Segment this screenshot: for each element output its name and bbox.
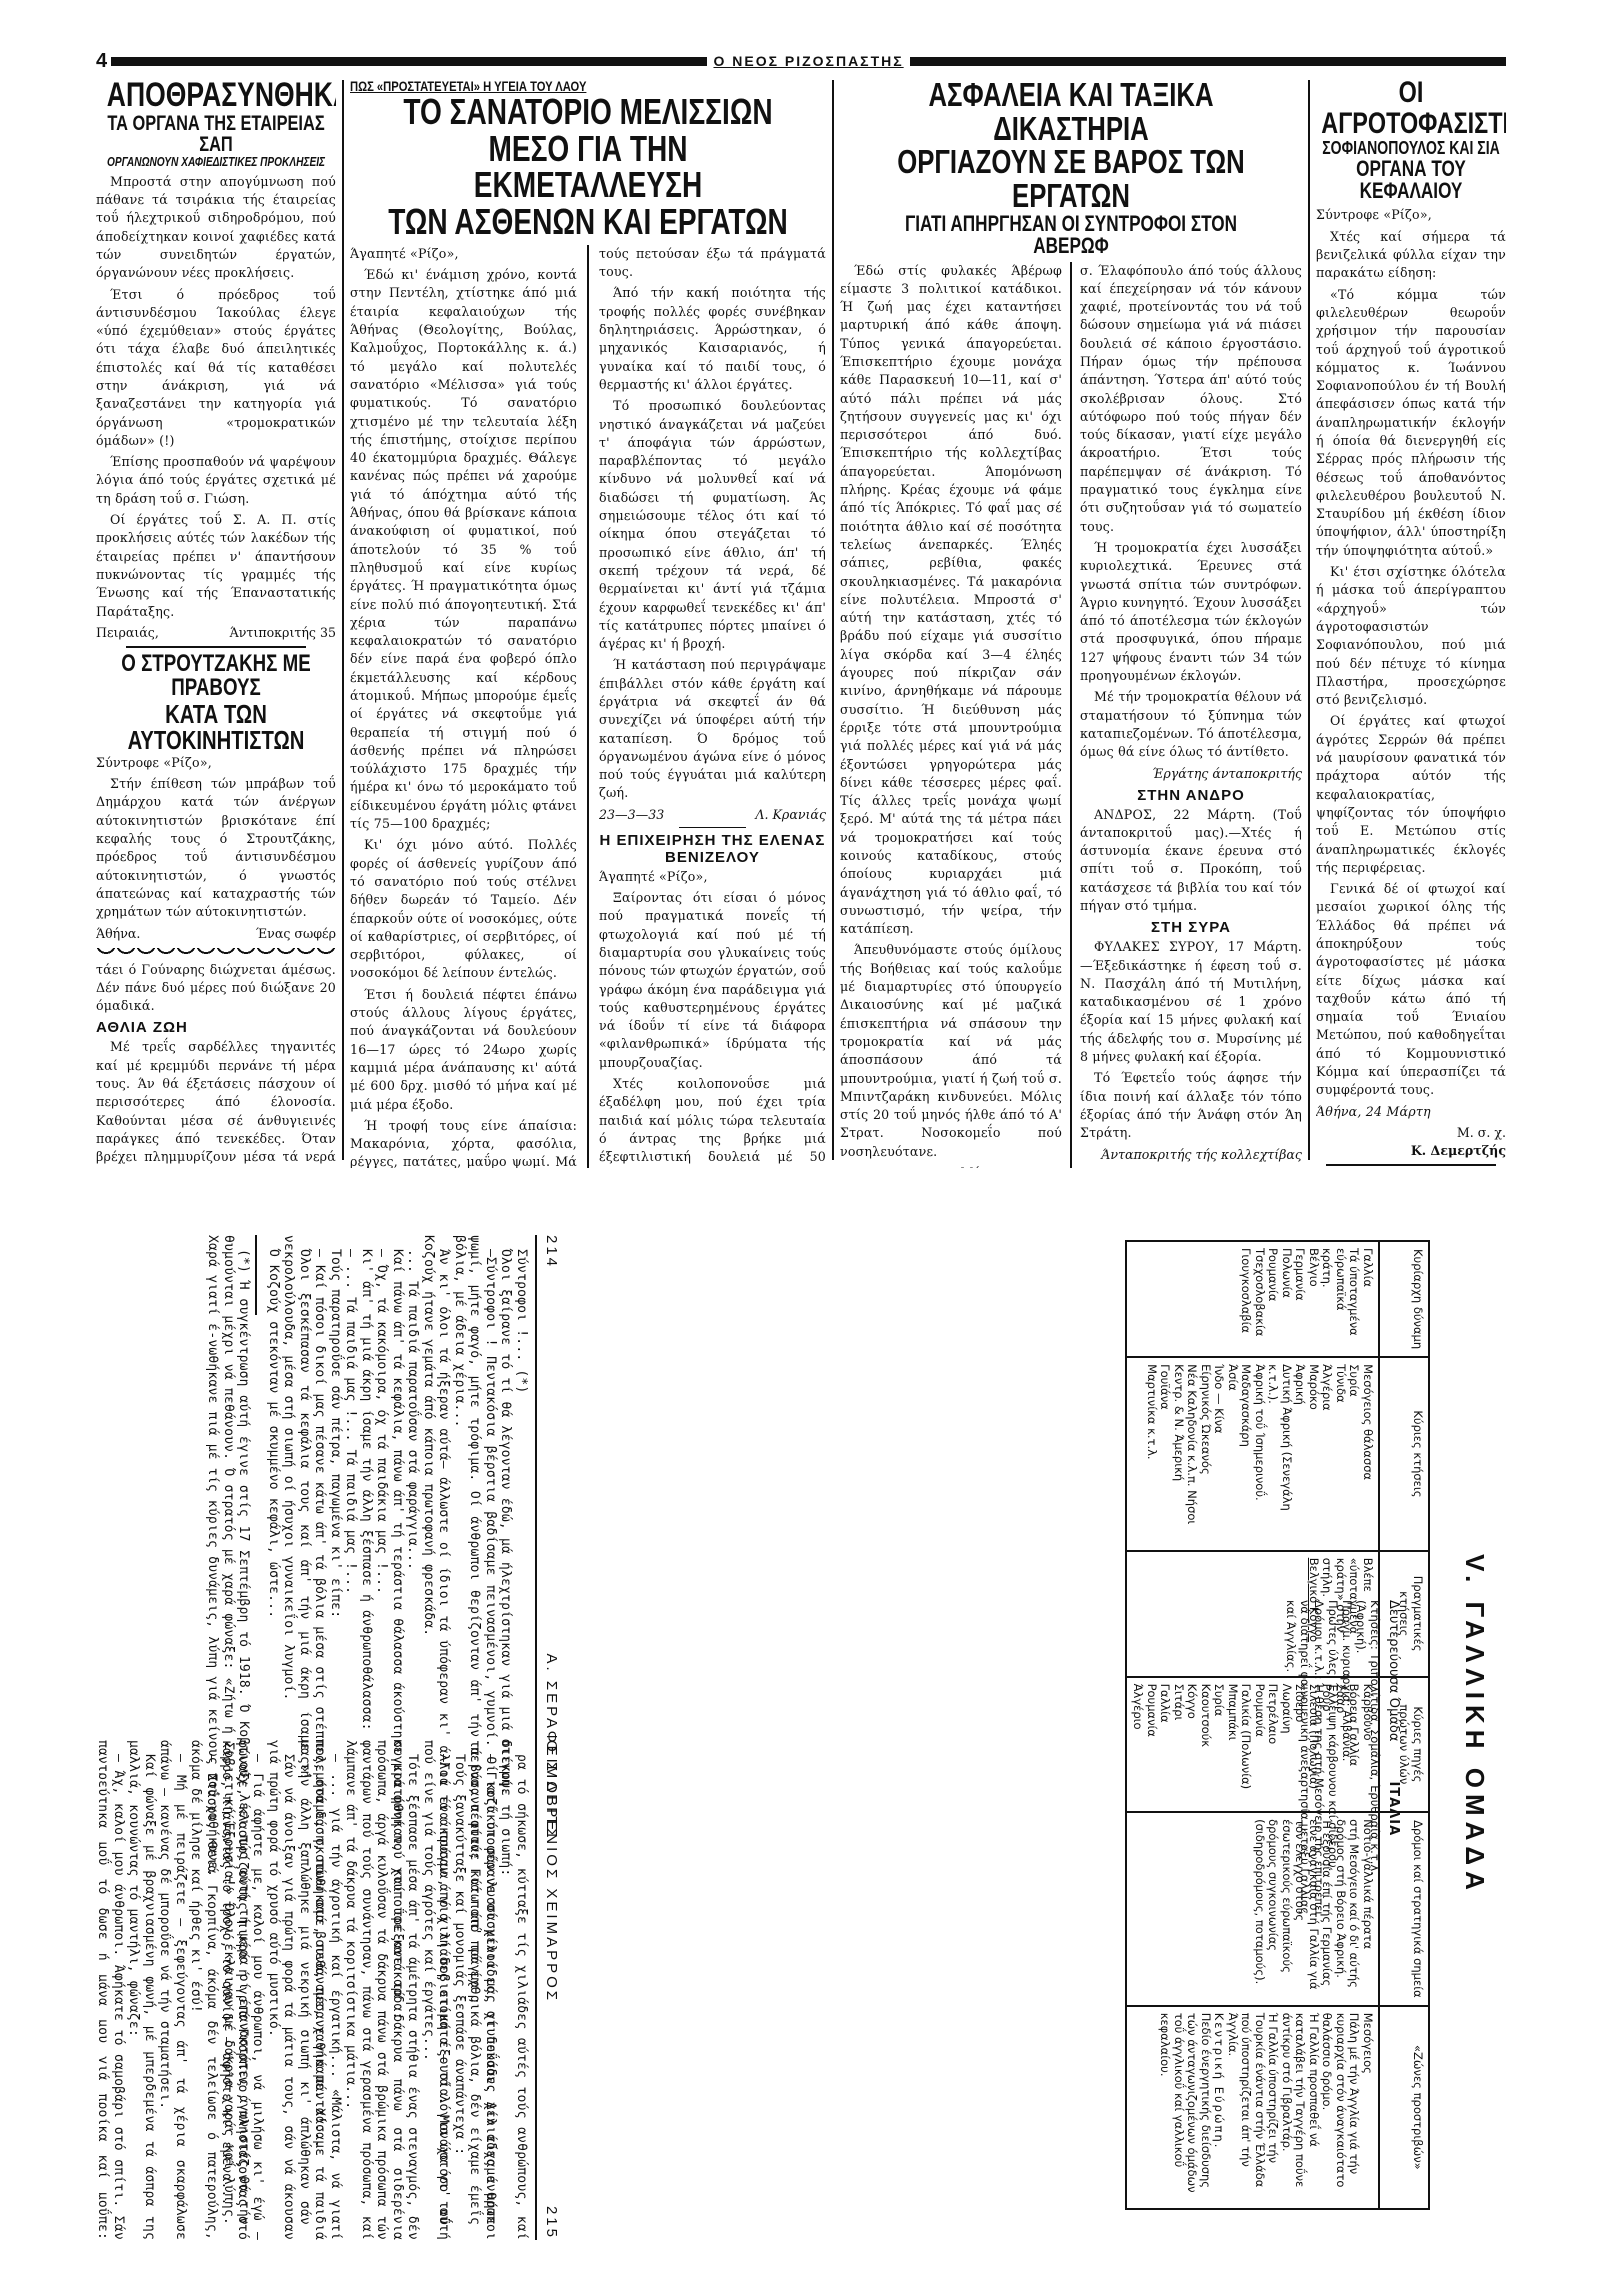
section-heading: ΣΤΗ ΣΥΡΑ bbox=[1080, 919, 1302, 936]
paragraph: Γενικά δέ οί φτωχοί καί μεσαίοι χωρικοί … bbox=[1316, 880, 1506, 1100]
table-title: V. ΓΑΛΛΙΚΗ ΟΜΑΔΑ bbox=[1459, 1240, 1490, 2210]
paragraph: Χτές κοιλοπονοΰσε μιά έξαδέλφη μου, πού … bbox=[599, 1075, 826, 1168]
cell-power: Γαλλία Τά ύποταγμένα εύρωπαϊκά κράτη. Βέ… bbox=[1126, 1241, 1379, 1357]
paragraph: Έδώ στίς φυλακές Άβέρωφ είμαστε 3 πολιτι… bbox=[840, 262, 1062, 939]
article-column-right: τούς πετούσαν έξω τά πράγματά τους. Άπό … bbox=[599, 245, 826, 1168]
closing: Μ. σ. χ. bbox=[1316, 1124, 1506, 1142]
cell-line: Μαρόκο bbox=[1307, 1364, 1321, 1544]
cell-line: Πεδίο ένεργητικής διείσδυσης τών άνταγων… bbox=[1158, 2013, 1212, 2202]
sanatorium-article: ΠΩΣ «ΠΡΟΣΤΑΤΕΥΕΤΑΙ» Η ΥΓΕΙΑ ΤΟΥ ΛΑΟΥ ΤΟ … bbox=[350, 78, 826, 1168]
cell-line: Ή Γαλλία ύποστηρίζει τήν Τουρκία ένάντια… bbox=[1226, 2013, 1280, 2202]
cell-friction-zones: Μεσόγειος Πάλη μέ τήν Άγγλία γιά τήν κυρ… bbox=[1126, 2006, 1379, 2209]
headline: ΑΠΟΘΡΑΣΥΝΘΗΚΑΝ bbox=[107, 78, 325, 113]
group-label: Δευτερεύουσα Όμάδα bbox=[1386, 1600, 1400, 1741]
section-heading: ΑΘΛΙΑ ΖΩΗ bbox=[96, 1019, 336, 1036]
averof-article: ΑΣΦΑΛΕΙΑ ΚΑΙ ΤΑΞΙΚΑ ΔΙΚΑΣΤΗΡΙΑ ΟΡΓΙΑΖΟΥΝ… bbox=[840, 78, 1302, 1168]
wavy-divider bbox=[96, 948, 336, 956]
cell-line: Γιουγκοσλαβία bbox=[1239, 1248, 1253, 1350]
cell-line: Ρουμανία bbox=[1145, 1684, 1159, 1806]
place: Άθήνα. bbox=[96, 925, 140, 943]
paragraph: Καί φώναξε μέ βραχνιασμένη φωνή, μέ μπερ… bbox=[126, 1740, 157, 2240]
masthead: 4 Ο ΝΕΟΣ ΡΙΖΟΣΠΑΣΤΗΣ bbox=[96, 50, 1506, 72]
subheadline: ΓΙΑΤΙ ΑΠΗΡΓΗΣΑΝ ΟΙ ΣΥΝΤΡΟΦΟΙ ΣΤΟΝ ΑΒΕΡΩΦ bbox=[875, 213, 1267, 258]
paragraph: Κι' έτσι σχίστηκε όλότελα ή μάσκα τοΰ άπ… bbox=[1316, 563, 1506, 709]
paragraph: Στήν έπίθεση τών μπράβων τοΰ Δημάρχου κα… bbox=[96, 775, 336, 921]
cell-line: Μεσόγειος bbox=[1361, 2013, 1375, 2202]
signature: Άθήνα.Ένας σωφέρ bbox=[96, 925, 336, 943]
cell-line: Ρουμανία bbox=[1266, 1248, 1280, 1350]
paragraph: Άπευθυνόμαστε στούς όμίλους τής Βοήθειας… bbox=[840, 941, 1062, 1161]
cell-line: Είρηνικός Ώκεανός bbox=[1199, 1364, 1213, 1544]
column-divider bbox=[832, 80, 834, 1160]
cell-possessions: Μεσόγειος θάλασσα Συρία Τύνιδα Άλγέρια Μ… bbox=[1126, 1357, 1379, 1551]
headline: ΤΩΝ ΑΣΘΕΝΩΝ ΚΑΙ ΕΡΓΑΤΩΝ bbox=[387, 204, 789, 241]
column-divider bbox=[1070, 262, 1072, 1169]
cell-line: Πάλη μέ τήν Άγγλία γιά τήν κυριαρχία στό… bbox=[1320, 2013, 1361, 2202]
headline: ΜΕΣΟ ΓΙΑ ΤΗΝ ΕΚΜΕΤΑΛΛΕΥΣΗ bbox=[387, 131, 789, 204]
paragraph: Έδώ κι' ένάμιση χρόνο, κοντά στην Πεντέλ… bbox=[350, 266, 577, 833]
column-header: Κυρίαρχη δύναμη bbox=[1379, 1241, 1429, 1357]
paragraph: Τό προσωπικό δουλεύοντας νηστικό άναγκάζ… bbox=[599, 397, 826, 653]
cell-line: Πολωνία bbox=[1280, 1248, 1294, 1350]
paragraph: — Άχ, καλοί μου άνθρωποι. Άφήκατε τό σαμ… bbox=[99, 1740, 126, 2240]
paragraph: Σάν νά άνοιξαν γιά πρώτη φορά τά μάτια τ… bbox=[266, 1740, 297, 2240]
cell-line: Γουϊάνα bbox=[1158, 1364, 1172, 1544]
column-1-article: ΑΠΟΘΡΑΣΥΝΘΗΚΑΝ ΤΑ ΟΡΓΑΝΑ ΤΗΣ ΕΤΑΙΡΕΙΑΣ Σ… bbox=[96, 78, 336, 1168]
book-title: Ο ΣΙΔΕΡΕΝΙΟΣ ΧΕΙΜΑΡΡΟΣ bbox=[543, 1740, 560, 2003]
paragraph: τούς πετούσαν έξω τά πράγματά τους. bbox=[599, 245, 826, 282]
newspaper-page: 4 Ο ΝΕΟΣ ΡΙΖΟΣΠΑΣΤΗΣ ΑΠΟΘΡΑΣΥΝΘΗΚΑΝ ΤΑ Ο… bbox=[96, 50, 1506, 1180]
cell-line: Μαδαγασκάρη bbox=[1239, 1364, 1253, 1544]
paragraph: Έπίσης προσπαθούν νά ψαρέψουν λόγια άπό … bbox=[96, 453, 336, 508]
page-body: ρα τό σήκωσε, κύτταξε τίς χιλιάδες αύτές… bbox=[99, 1740, 529, 2240]
cell-line: Μαρτινίκα κ.τ.λ. bbox=[1145, 1364, 1159, 1544]
paragraph: — ... γιά τήν άγροτική καί έργατική... «… bbox=[297, 1740, 344, 2240]
salutation: Άγαπητέ «Ρίζο», bbox=[599, 868, 826, 886]
salutation: Άγαπητέ «Ρίζο», bbox=[350, 245, 577, 263]
paragraph: ρα τό σήκωσε, κύτταξε τίς χιλιάδες αύτές… bbox=[498, 1740, 529, 2240]
paragraph: — Γιατί ύποφέρανε οί χιλιάδες, οί δεκάδε… bbox=[467, 1740, 498, 2240]
paragraph: —Γιά ένα πράγμα, γιά τή σοβιετική έξουσί… bbox=[421, 1740, 452, 2240]
divider bbox=[126, 646, 306, 648]
cell-line: Τσεχοσλοβακία bbox=[1253, 1248, 1267, 1350]
divider bbox=[679, 827, 746, 828]
paragraph: Μέ τρεΐς σαρδέλλες τηγανιτές καί μέ κρεμ… bbox=[96, 1038, 336, 1168]
cell-line: Συρία bbox=[1347, 1364, 1361, 1544]
paragraph: Ξαίροντας ότι είσαι ό μόνος πού πραγματι… bbox=[599, 889, 826, 1072]
author: Λ. Κρανιάς bbox=[755, 806, 826, 824]
signature: Κ. Δεμερτζής bbox=[1316, 1142, 1506, 1160]
page-number: 214 bbox=[543, 1235, 560, 1269]
cell-line: Άλγέριο bbox=[1131, 1684, 1145, 1806]
cell-line: Κόγγο bbox=[1185, 1684, 1199, 1806]
article-column-left: Άγαπητέ «Ρίζο», Έδώ κι' ένάμιση χρόνο, κ… bbox=[350, 245, 577, 1168]
salutation: Σύντροφε «Ρίζο», bbox=[1316, 206, 1506, 224]
column-divider bbox=[342, 80, 344, 1160]
headline: Ο ΣΤΡΟΥΤΖΑΚΗΣ ΜΕ ΠΡΑΒΟΥΣ bbox=[107, 652, 325, 701]
cell-line: Μπαμπάκι bbox=[1226, 1684, 1240, 1806]
paragraph: Έτσι ή δουλειά πέφτει έπάνω στούς άλλους… bbox=[350, 986, 577, 1114]
column-header: Κύριες κτήσεις bbox=[1379, 1357, 1429, 1551]
cell-line: Τύνιδα bbox=[1334, 1364, 1348, 1544]
paragraph: Μπροστά στην απογύμνωση πού πάθανε τά τσ… bbox=[96, 173, 336, 283]
dateline: Άθήνα, 24 Μάρτη bbox=[1316, 1103, 1506, 1121]
headline: ΚΑΤΑ ΤΩΝ ΑΥΤΟΚΙΝΗΤΙΣΤΩΝ bbox=[107, 701, 325, 754]
closing: Μέ συντρ. χαιρ. bbox=[840, 1164, 1062, 1168]
date: 23—3—33 bbox=[599, 806, 664, 824]
italy-line: Δρόμοι κ.τ.λ.: Ή θέση της στή Μεσόγειο τ… bbox=[1284, 1600, 1326, 1930]
paragraph: — Γιά άφήστε με, καλοί μου άνθρωποι, νά … bbox=[219, 1740, 266, 2240]
cell-line: Γαλλία bbox=[1361, 1248, 1375, 1350]
column-divider bbox=[1308, 80, 1310, 1160]
country-label: ΙΤΑΛΙΑ bbox=[1386, 1781, 1400, 1836]
cell-line: Άφρική τοΰ Ίσημερινοΰ. bbox=[1253, 1364, 1267, 1544]
paragraph: τάει ό Γούναρης διώχνεται άμέσως. Δέν πά… bbox=[96, 961, 336, 1016]
paragraph: Έτσι ό πρόεδρος τοΰ άντισυνδέσμου Ίακούλ… bbox=[96, 286, 336, 451]
column-divider bbox=[587, 245, 589, 1168]
paragraph: Τό Έφετεΐο τούς άφησε τήν ίδια ποινή καί… bbox=[1080, 1069, 1302, 1142]
salutation: Σύντροφε «Ρίζο», bbox=[96, 754, 336, 772]
paragraph: ΑΝΔΡΟΣ, 22 Μάρτη. (Τοΰ άνταποκριτοΰ μας)… bbox=[1080, 806, 1302, 916]
paragraph: «Τό κόμμα τών φιλελευθέρων θεωροΰν χρήσι… bbox=[1316, 286, 1506, 560]
cell-line: Άλγέρια bbox=[1320, 1364, 1334, 1544]
paragraph: ΦΥΛΑΚΕΣ ΣΥΡΟΥ, 17 Μάρτη. —Έξεδικάστηκε ή… bbox=[1080, 938, 1302, 1066]
place: Πειραιάς, bbox=[96, 624, 159, 642]
cell-line: Δυτική Άφρική (Σενεγάλη κ.τ.λ.). bbox=[1266, 1364, 1293, 1544]
paragraph: Ή τρομοκρατία έχει λυσσάξει κυριολεχτικά… bbox=[1080, 539, 1302, 685]
column-header: «Ζώνες προστριβών» bbox=[1379, 2006, 1429, 2209]
paragraph: Κι' όχι μόνο αύτό. Πολλές φορές οί άσθεν… bbox=[350, 836, 577, 982]
cell-line: Γαλικία (Πολωνία) bbox=[1239, 1684, 1253, 1806]
newspaper-name: Ο ΝΕΟΣ ΡΙΖΟΣΠΑΣΤΗΣ bbox=[707, 53, 909, 69]
cell-line: Άσία bbox=[1226, 1364, 1240, 1544]
paragraph: Μέ τήν τρομοκρατία θέλουν νά σταματήσουν… bbox=[1080, 688, 1302, 761]
italy-line: Πρώτες ύλες: Έλλειψη κάρβουνου καί σίδερ… bbox=[1326, 1600, 1340, 1930]
headline: ΤΟ ΣΑΝΑΤΟΡΙΟ ΜΕΛΙΣΣΙΩΝ bbox=[387, 94, 789, 131]
cell-line: Ή Γαλλία προσπαθεΐ νά καταλάβει τήν Ταγγ… bbox=[1280, 2013, 1321, 2202]
signature: 23—3—33Λ. Κρανιάς bbox=[599, 806, 826, 824]
cell-line: Γερμανία bbox=[1293, 1248, 1307, 1350]
signature: Άνταποκριτής τής κολλεχτίβας bbox=[1080, 1146, 1302, 1164]
signature: Έργάτης άνταποκριτής bbox=[1080, 765, 1302, 783]
paragraph: Άπό τήν κακή ποιότητα τής τροφής πολλές … bbox=[599, 284, 826, 394]
subheadline: ΟΡΓΑΝΑ ΤΟΥ ΚΕΦΑΛΑΙΟΥ bbox=[1321, 158, 1500, 203]
paragraph: Οί έργάτες καί φτωχοί άγρότες Σερρών θά … bbox=[1316, 712, 1506, 877]
column-5-article: ΟΙ ΑΓΡΟΤΟΦΑΣΙΣΤΕΣ ΣΟΦΙΑΝΟΠΟΥΛΟΣ ΚΑΙ ΣΙΑ … bbox=[1316, 78, 1506, 1168]
paragraph: σ. Έλαφόπουλο άπό τούς άλλους καί έπεχεί… bbox=[1080, 262, 1302, 536]
cell-line: Σιτάρι bbox=[1172, 1684, 1186, 1806]
cell-line: Πετρέλαιο bbox=[1266, 1684, 1280, 1806]
masthead-rule bbox=[910, 57, 1506, 66]
divider bbox=[1326, 1164, 1496, 1166]
cell-line: Άφρική bbox=[1293, 1364, 1307, 1544]
italy-line: Πραγμ. κυριαρχία: Άλβανία. bbox=[1340, 1600, 1354, 1930]
paragraph: Τότε ξέσπασε μέσα άπ' τά άμέτρητα στήθια… bbox=[343, 1740, 421, 2240]
cell-line: Ίνδο — Κίνα bbox=[1212, 1364, 1226, 1544]
page-number: 4 bbox=[96, 50, 107, 73]
subheadline: ΤΑ ΟΡΓΑΝΑ ΤΗΣ ΕΤΑΙΡΕΙΑΣ ΣΑΠ bbox=[107, 113, 325, 156]
book-page-215: Ο ΣΙΔΕΡΕΝΙΟΣ ΧΕΙΜΑΡΡΟΣ 215 ρα τό σήκωσε,… bbox=[80, 1740, 560, 2240]
italy-secondary-group: Δευτερεύουσα Όμάδα ΙΤΑΛΙΑ Κτήσεις: Τριπο… bbox=[1280, 1600, 1400, 1930]
cell-line: Γαλλία bbox=[1158, 1684, 1172, 1806]
cell-line: Κεντρική Εύρώπη. bbox=[1212, 2013, 1226, 2202]
page-header: Ο ΣΙΔΕΡΕΝΙΟΣ ΧΕΙΜΑΡΡΟΣ 215 bbox=[535, 1740, 560, 2240]
section-heading: Η ΕΠΙΧΕΙΡΗΣΗ ΤΗΣ ΕΛΕΝΑΣ ΒΕΝΙΖΕΛΟΥ bbox=[599, 832, 826, 866]
deck: ΟΡΓΑΝΩΝΟΥΝ ΧΑΦΙΕΔΙΣΤΙΚΕΣ ΠΡΟΚΛΗΣΕΙΣ bbox=[107, 155, 325, 168]
paragraph: — Μή μέ πειράζετε — ξεφεύγοντας άπ' τά χ… bbox=[157, 1740, 188, 2240]
author: Ένας σωφέρ bbox=[256, 925, 336, 943]
section-heading: ΣΤΗΝ ΑΝΔΡΟ bbox=[1080, 787, 1302, 804]
cell-line: Καουτσούκ bbox=[1199, 1684, 1213, 1806]
cell-line: Ρουμανία bbox=[1253, 1684, 1267, 1806]
footnote-rule bbox=[256, 1235, 258, 1315]
article-column-left: Έδώ στίς φυλακές Άβέρωφ είμαστε 3 πολιτι… bbox=[840, 262, 1062, 1169]
paragraph: Ή τροφή τους είνε άπαίσια: Μακαρόνια, χό… bbox=[350, 1117, 577, 1168]
paragraph: Ή κατάσταση πού περιγράψαμε έπιβάλλει στ… bbox=[599, 656, 826, 802]
signature: Πειραιάς,Άντιποκριτής 35 bbox=[96, 624, 336, 642]
headline: ΟΡΓΙΑΖΟΥΝ ΣΕ ΒΑΡΟΣ ΤΩΝ ΕΡΓΑΤΩΝ bbox=[875, 145, 1267, 212]
paragraph: — Στάσου, θειά Γκορπίνα, άκόμα δέν τελεί… bbox=[188, 1740, 219, 2240]
cell-line: Βέλγιο bbox=[1307, 1248, 1321, 1350]
author: Άντιποκριτής 35 bbox=[230, 624, 336, 642]
cell-line: Μεσόγειος θάλασσα bbox=[1361, 1364, 1375, 1544]
article-column-right: σ. Έλαφόπουλο άπό τούς άλλους καί έπεχεί… bbox=[1080, 262, 1302, 1169]
paragraph: Οί έργάτες τοΰ Σ. Α. Π. στίς προκλήσεις … bbox=[96, 511, 336, 621]
page-number: 215 bbox=[543, 2206, 560, 2240]
cell-line: Νέα Καληδονία κ.λ.π. Νήσοι bbox=[1185, 1364, 1199, 1544]
cell-line: Τά ύποταγμένα εύρωπαϊκά κράτη. bbox=[1320, 1248, 1361, 1350]
headline: ΟΙ ΑΓΡΟΤΟΦΑΣΙΣΤΕΣ bbox=[1321, 78, 1500, 139]
headline: ΑΣΦΑΛΕΙΑ ΚΑΙ ΤΑΞΙΚΑ ΔΙΚΑΣΤΗΡΙΑ bbox=[875, 78, 1267, 145]
paragraph: Χτές καί σήμερα τά βενιζελικά φύλλα είχα… bbox=[1316, 228, 1506, 283]
paragraph: Τούς ξανακύτταξε καί μονομιάς ξεσπάσε άν… bbox=[452, 1740, 468, 2240]
italy-line: Κτήσεις: Τριπολίτιδα, Σομάλια, Έρυθραία … bbox=[1354, 1600, 1382, 1930]
masthead-rule bbox=[111, 57, 707, 66]
cell-line: Συρία bbox=[1212, 1684, 1226, 1806]
cell-line: Κεντρ. & Ν. Άμερική bbox=[1172, 1364, 1186, 1544]
